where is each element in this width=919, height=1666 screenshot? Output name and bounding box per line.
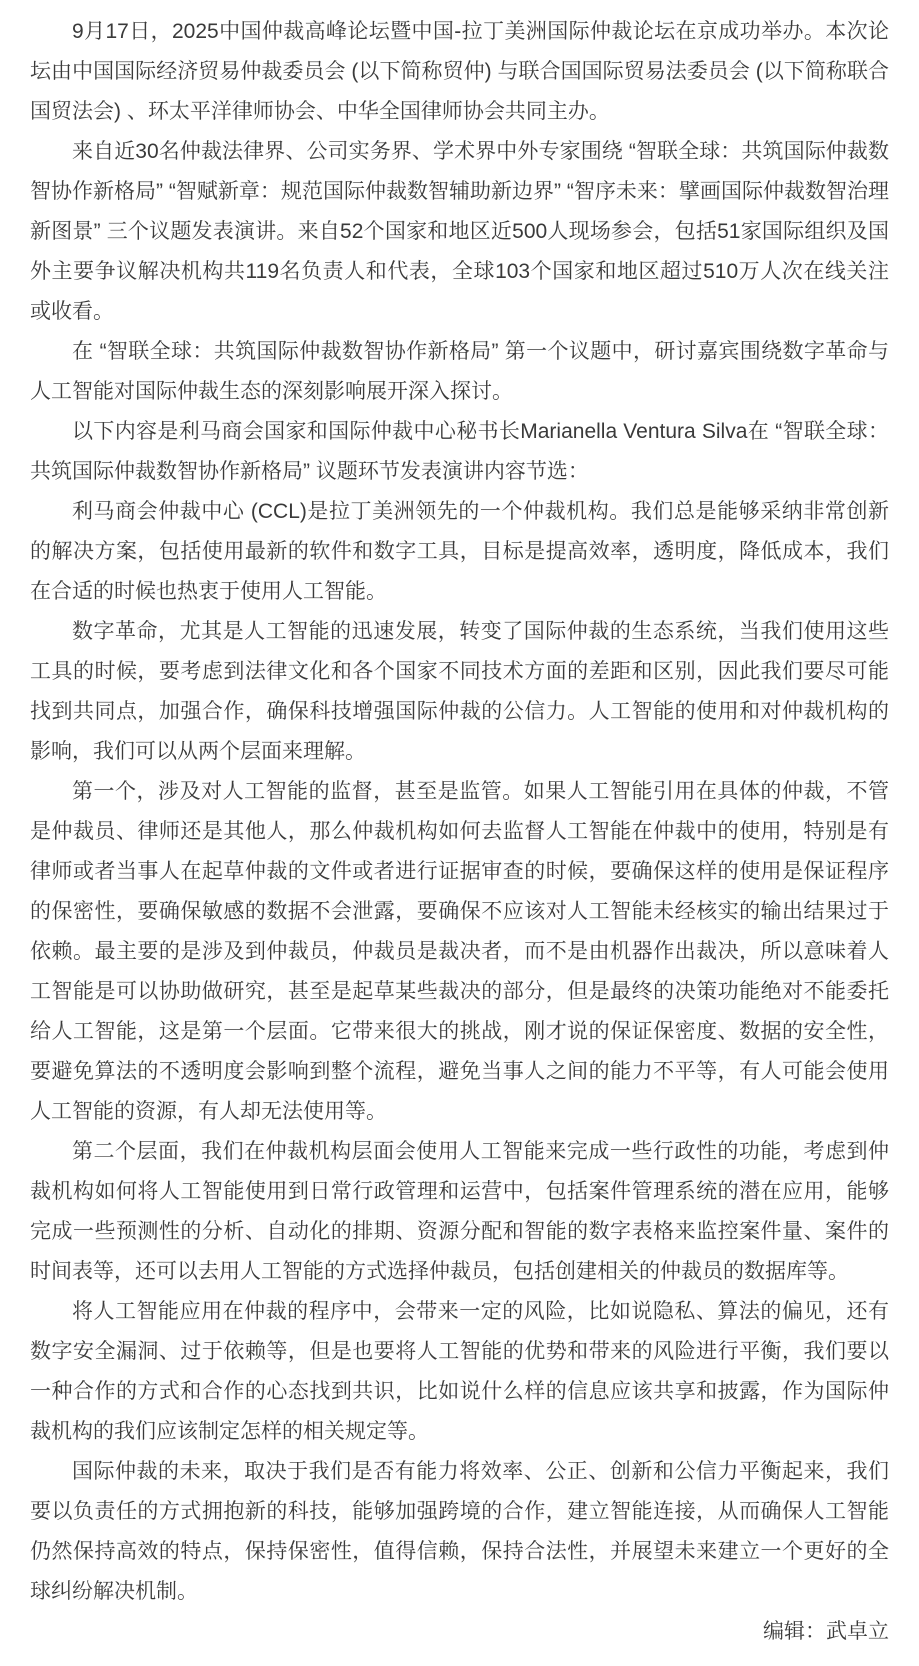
paragraph-intro-forum: 9月17日，2025中国仲裁高峰论坛暨中国-拉丁美洲国际仲裁论坛在京成功举办。本…	[30, 12, 889, 132]
paragraph-first-topic: 在 “智联全球：共筑国际仲裁数智协作新格局” 第一个议题中，研讨嘉宾围绕数字革命…	[30, 332, 889, 412]
paragraph-risks-balance: 将人工智能应用在仲裁的程序中，会带来一定的风险，比如说隐私、算法的偏见，还有数字…	[30, 1292, 889, 1452]
paragraph-speaker-intro: 以下内容是利马商会国家和国际仲裁中心秘书长Marianella Ventura …	[30, 412, 889, 492]
paragraph-topics-attendance: 来自近30名仲裁法律界、公司实务界、学术界中外专家围绕 “智联全球：共筑国际仲裁…	[30, 132, 889, 332]
article-body: 9月17日，2025中国仲裁高峰论坛暨中国-拉丁美洲国际仲裁论坛在京成功举办。本…	[0, 0, 919, 1666]
paragraph-first-level-supervision: 第一个，涉及对人工智能的监督，甚至是监管。如果人工智能引用在具体的仲裁，不管是仲…	[30, 772, 889, 1132]
paragraph-second-level-admin: 第二个层面，我们在仲裁机构层面会使用人工智能来完成一些行政性的功能，考虑到仲裁机…	[30, 1132, 889, 1292]
paragraph-ccl-intro: 利马商会仲裁中心 (CCL)是拉丁美洲领先的一个仲裁机构。我们总是能够采纳非常创…	[30, 492, 889, 612]
editor-credit: 编辑：武卓立	[30, 1612, 889, 1652]
paragraph-digital-revolution: 数字革命，尤其是人工智能的迅速发展，转变了国际仲裁的生态系统，当我们使用这些工具…	[30, 612, 889, 772]
paragraph-future-outlook: 国际仲裁的未来，取决于我们是否有能力将效率、公正、创新和公信力平衡起来，我们要以…	[30, 1452, 889, 1612]
